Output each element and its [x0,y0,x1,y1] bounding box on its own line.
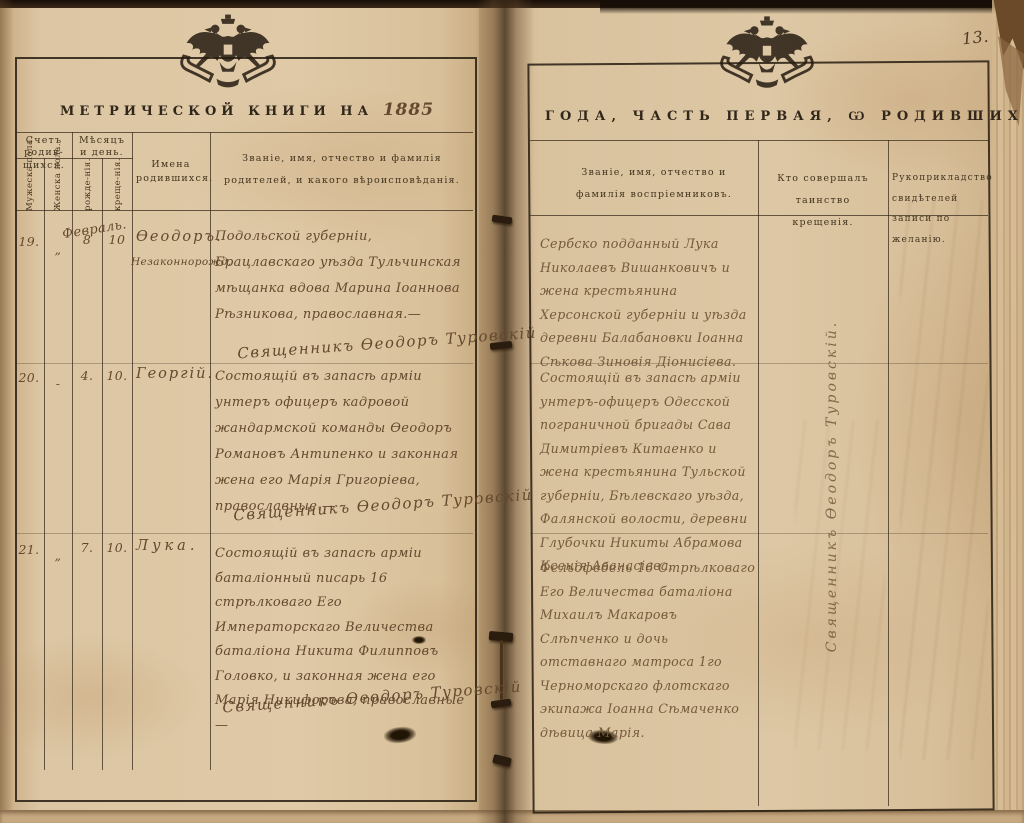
colhead-officiant: Кто совершалъ таинство крещенія. [764,168,882,234]
record-number-male: 20. [14,370,44,385]
record-number-male: 19. [14,234,44,249]
colhead-parents: Званіе, имя, отчество и фамилія родителе… [222,148,462,192]
table-rule [15,132,473,133]
colhead-count-female: Женска пола. [53,155,63,211]
record-name: Георгій. [136,366,210,382]
title-year-handwritten: 1885 [383,100,434,120]
record-name-note: Незаконнорожд. [131,256,213,268]
ink-bleed-through [795,420,885,750]
record-birth-day: 8 [73,232,101,247]
record-birth-day: 7. [73,540,101,555]
colhead-date-birth: рожде-нія. [83,155,93,211]
ink-bleed-through [900,200,988,760]
colhead-date-baptism: креще-нія. [113,155,123,211]
column-rule [102,158,103,770]
metrical-book-scan: { "page_number": "13.", "icons": { "left… [0,0,1024,823]
record-parents: Подольской губерніи, Брацлавскаго уѣзда … [215,224,469,328]
left-page-title: МЕТРИЧЕСКОЙ КНИГИ НА 1885 [60,100,430,120]
record-baptism-day: 10 [103,232,131,247]
record-godparents: Состоящій въ запасѣ арміи унтеръ-офицеръ… [540,366,756,578]
record-baptism-day: 10. [103,368,131,383]
row-separator [15,533,473,534]
column-rule [888,140,889,806]
record-baptism-day: 10. [103,540,131,555]
record-name: Ѳеодоръ. [136,229,210,245]
record-name: Лука. [136,538,210,554]
record-number-female: „ [46,242,70,257]
colhead-names: Имена родившихся. [136,158,206,187]
title-text: МЕТРИЧЕСКОЙ КНИГИ НА [60,104,373,119]
right-page-title: ГОДА, ЧАСТЬ ПЕРВАЯ, Ѡ РОДИВШИХСЯ. [545,108,975,124]
record-number-male: 21. [14,542,44,557]
record-godparents: Сербско подданный Лука Николаевъ Вишанко… [540,232,756,373]
colhead-count-male: Мужеска пола. [25,155,35,211]
column-rule [758,140,759,806]
record-birth-day: 4. [73,368,101,383]
book-left-edge [0,0,14,823]
folio-number: 13. [961,27,989,49]
record-number-female: „ [46,548,70,563]
record-number-female: - [46,376,70,391]
column-rule [210,132,211,770]
record-godparents: Фельдфебель 16 Стрѣлковаго Его Величеств… [540,556,756,744]
colhead-godparents: Званіе, имя, отчество и фамилія воспріем… [556,162,752,206]
